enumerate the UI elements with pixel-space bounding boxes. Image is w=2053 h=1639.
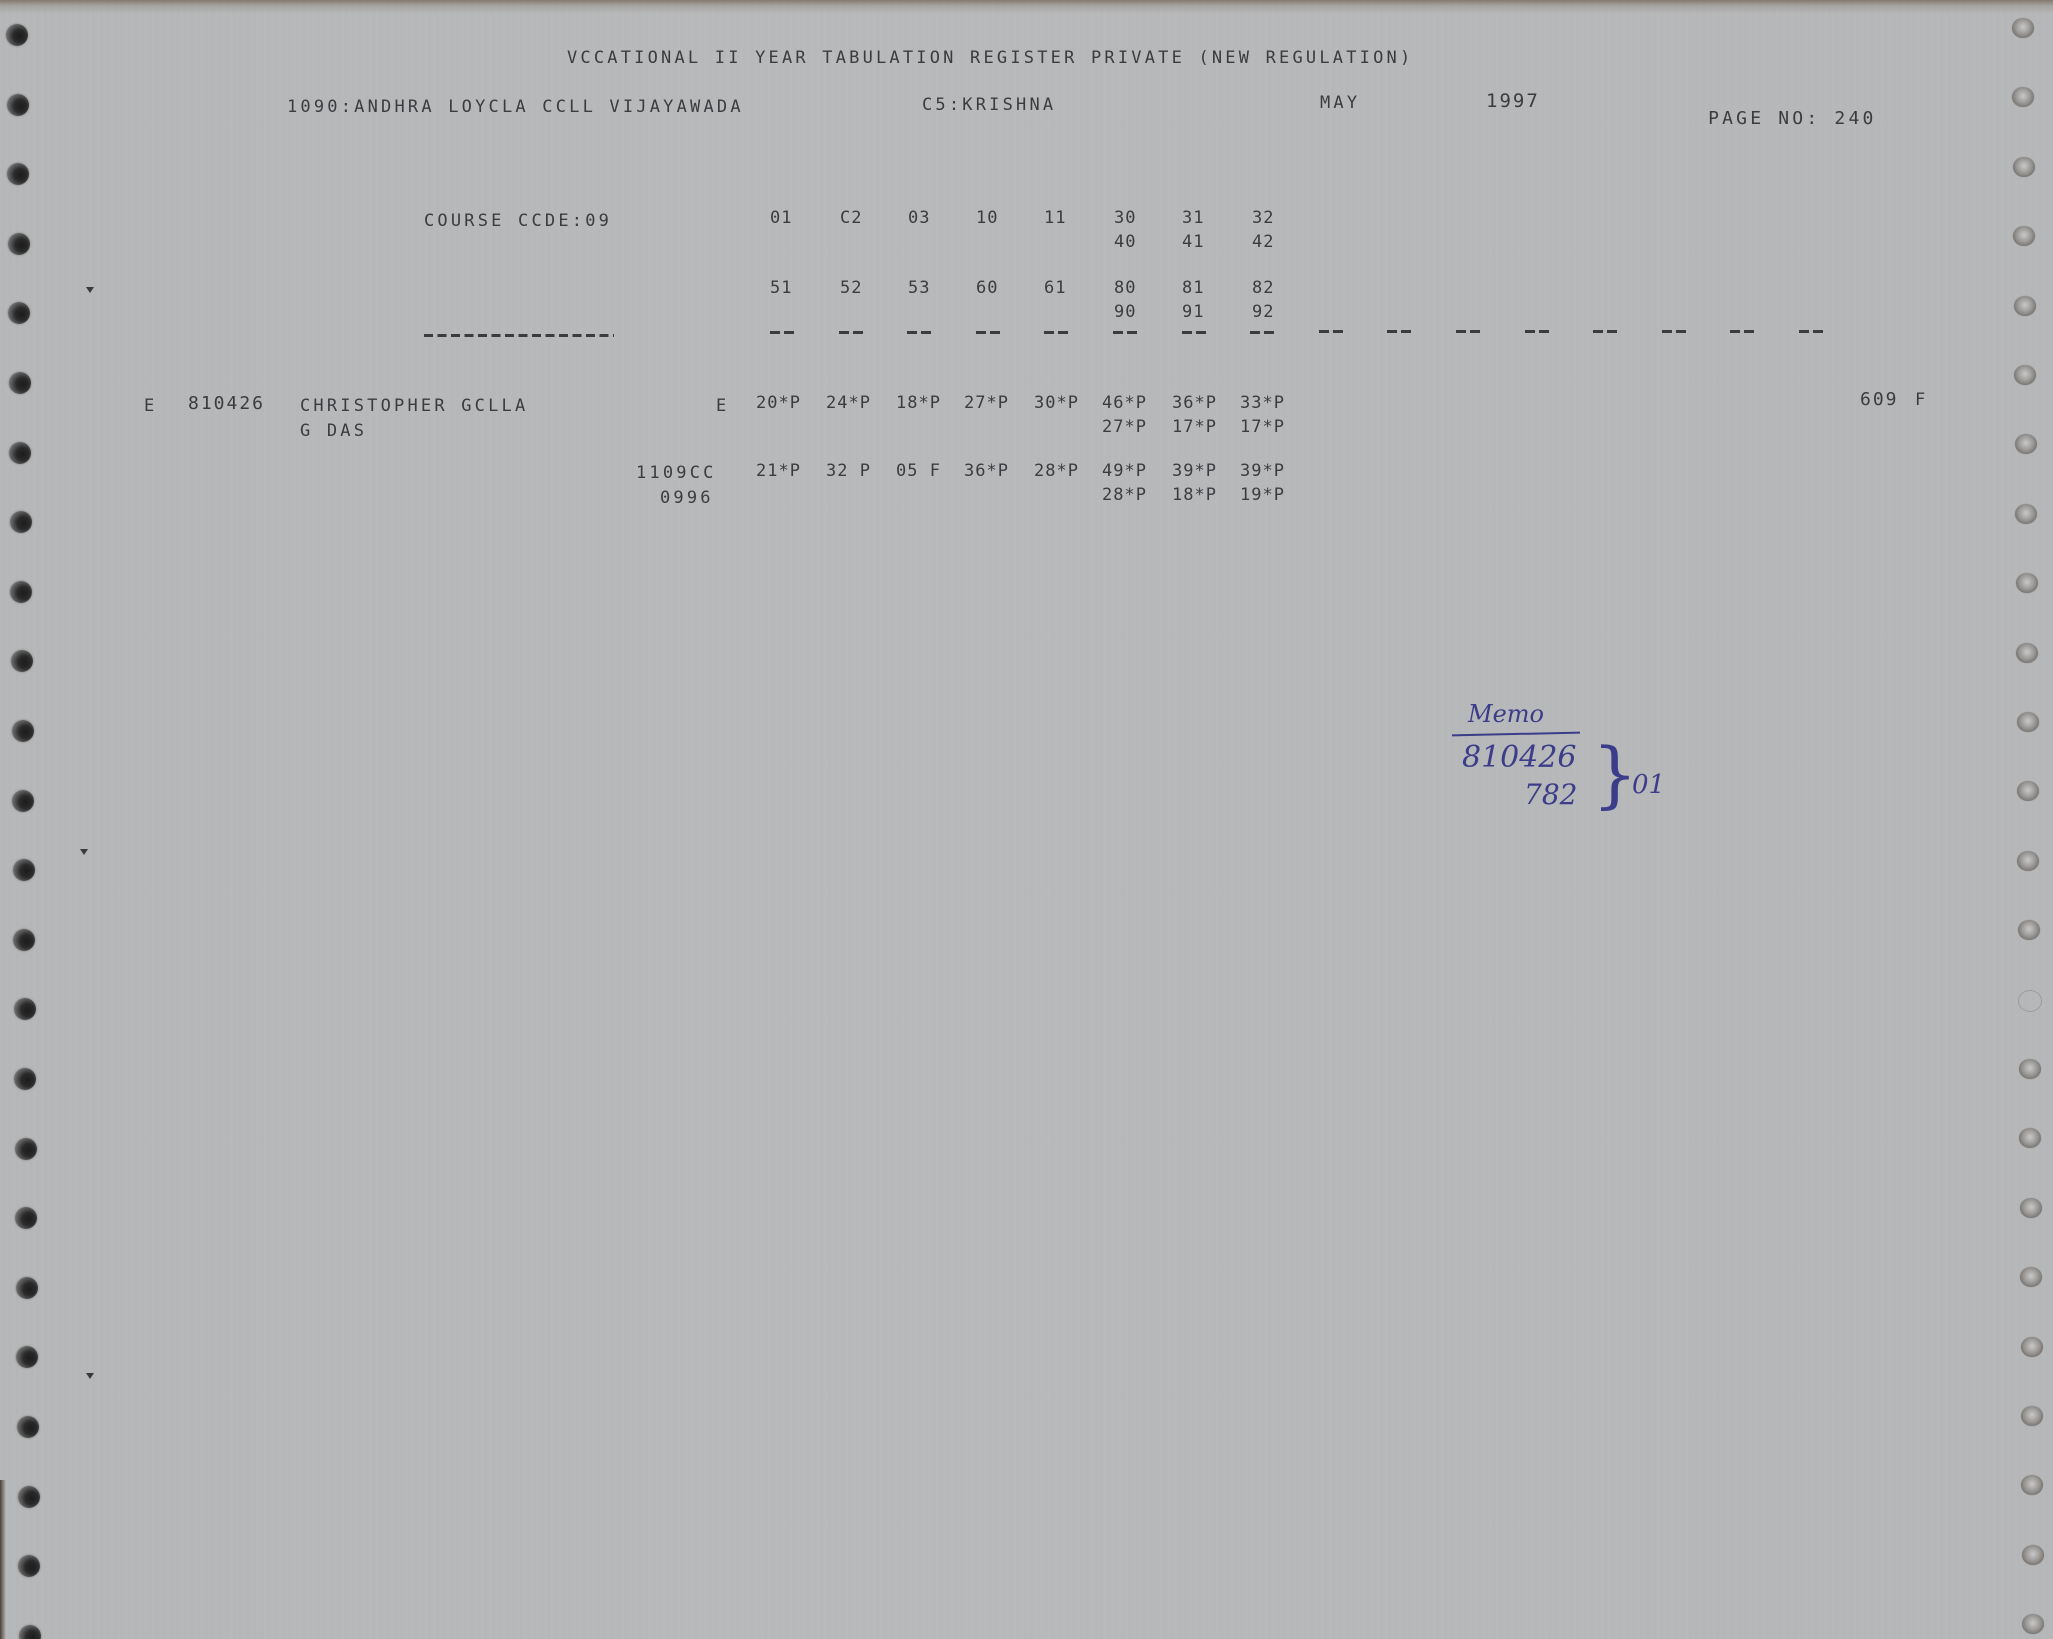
subject-mark: 24*P xyxy=(826,393,871,413)
subject-code: C2 xyxy=(840,208,862,228)
feed-hole-icon xyxy=(2021,1337,2043,1357)
subject-mark: 17*P xyxy=(1240,417,1285,437)
report-title: VCCATIONAL II YEAR TABULATION REGISTER P… xyxy=(567,48,1413,68)
column-dash xyxy=(1799,330,1825,333)
subject-mark: 27*P xyxy=(1102,417,1147,437)
reference-date: 0996 xyxy=(660,488,714,508)
subject-mark: 33*P xyxy=(1240,393,1285,413)
subject-mark: 20*P xyxy=(756,393,801,413)
subject-mark: 39*P xyxy=(1240,461,1285,481)
subject-code: 52 xyxy=(840,278,862,298)
feed-hole-icon xyxy=(2015,504,2037,524)
subject-code: 32 xyxy=(1252,208,1274,228)
subject-code: 92 xyxy=(1252,302,1274,322)
feed-hole-icon xyxy=(2014,296,2036,316)
feed-hole-icon xyxy=(14,998,36,1020)
column-dash xyxy=(1250,331,1276,334)
memo-number-bottom: 782 xyxy=(1524,778,1577,811)
memo-annotation: 01 xyxy=(1632,770,1665,800)
feed-hole-icon xyxy=(13,929,35,951)
memo-brace: } xyxy=(1592,734,1638,814)
paper-edge-shadow xyxy=(0,1480,6,1639)
feed-hole-icon xyxy=(17,1416,39,1438)
subject-mark: 21*P xyxy=(756,461,801,481)
feed-hole-icon xyxy=(2018,920,2040,940)
subject-code: 41 xyxy=(1182,232,1204,252)
subject-mark: 18*P xyxy=(896,393,941,413)
subject-mark: 28*P xyxy=(1034,461,1079,481)
reference-code: 1109CC xyxy=(636,463,717,483)
column-dash xyxy=(1730,330,1756,333)
subject-code: 31 xyxy=(1182,208,1204,228)
subject-code: 80 xyxy=(1114,278,1136,298)
subject-code: 53 xyxy=(908,278,930,298)
feed-hole-icon xyxy=(2012,18,2034,38)
memo-heading: Memo xyxy=(1468,700,1544,728)
column-dash xyxy=(1319,330,1345,333)
record-prefix: E xyxy=(144,396,157,416)
feed-hole-icon xyxy=(2017,712,2039,732)
column-dash xyxy=(976,331,1002,334)
subject-code: 91 xyxy=(1182,302,1204,322)
column-dash xyxy=(1456,330,1482,333)
column-dash xyxy=(907,331,933,334)
feed-hole-icon xyxy=(19,1625,41,1639)
feed-hole-icon xyxy=(10,511,32,533)
feed-hole-icon xyxy=(8,233,30,255)
student-name-line1: CHRISTOPHER GCLLA xyxy=(300,396,528,416)
subject-mark: 39*P xyxy=(1172,461,1217,481)
feed-hole-icon xyxy=(13,859,35,881)
subject-code: 10 xyxy=(976,208,998,228)
subject-code: 51 xyxy=(770,278,792,298)
column-dash xyxy=(1044,331,1070,334)
subject-mark: 36*P xyxy=(964,461,1009,481)
feed-hole-icon xyxy=(12,790,34,812)
column-dash xyxy=(1593,330,1619,333)
column-dash xyxy=(1525,330,1551,333)
feed-hole-icon xyxy=(12,720,34,742)
subject-mark: 32 P xyxy=(826,461,871,481)
memo-number-top: 810426 xyxy=(1462,740,1577,775)
subject-mark: 27*P xyxy=(964,393,1009,413)
subject-code: 40 xyxy=(1114,232,1136,252)
feed-hole-icon xyxy=(9,372,31,394)
feed-hole-icon xyxy=(2018,990,2042,1012)
pin-mark-icon xyxy=(84,284,96,296)
column-dash xyxy=(839,331,865,334)
exam-year: 1997 xyxy=(1486,91,1540,111)
feed-hole-icon xyxy=(2022,1545,2044,1565)
page-number: 240 xyxy=(1834,108,1876,129)
column-dash xyxy=(1182,331,1208,334)
feed-hole-icon xyxy=(2013,157,2035,177)
subject-mark: 46*P xyxy=(1102,393,1147,413)
printout-sheet xyxy=(0,0,2053,1639)
page-number-label: PAGE NO: 240 xyxy=(1680,89,1877,129)
subject-code: 81 xyxy=(1182,278,1204,298)
separator-line xyxy=(424,334,614,337)
subject-code: 11 xyxy=(1044,208,1066,228)
page-label: PAGE NO: xyxy=(1708,108,1820,129)
exam-month: MAY xyxy=(1320,93,1360,113)
feed-hole-icon xyxy=(2015,434,2037,454)
subject-mark: 30*P xyxy=(1034,393,1079,413)
college-name: 1090:ANDHRA LOYCLA CCLL VIJAYAWADA xyxy=(287,97,744,117)
feed-hole-icon xyxy=(16,1277,38,1299)
column-dash xyxy=(1662,330,1688,333)
subject-code: 01 xyxy=(770,208,792,228)
medium-code: E xyxy=(716,396,729,416)
subject-mark: 05 F xyxy=(896,461,941,481)
course-code-label: COURSE CCDE:09 xyxy=(424,211,612,231)
feed-hole-icon xyxy=(18,1486,40,1508)
feed-hole-icon xyxy=(15,1138,37,1160)
subject-code: 90 xyxy=(1114,302,1136,322)
feed-hole-icon xyxy=(2021,1406,2043,1426)
feed-hole-icon xyxy=(9,442,31,464)
column-dash xyxy=(1387,330,1413,333)
feed-hole-icon xyxy=(2020,1198,2042,1218)
column-dash xyxy=(1113,331,1139,334)
subject-mark: 36*P xyxy=(1172,393,1217,413)
subject-code: 30 xyxy=(1114,208,1136,228)
student-name-line2: G DAS xyxy=(300,421,367,441)
hall-ticket-number: 810426 xyxy=(188,394,265,414)
feed-hole-icon xyxy=(7,94,29,116)
feed-hole-icon xyxy=(2019,1059,2041,1079)
subject-mark: 19*P xyxy=(1240,485,1285,505)
district-name: C5:KRISHNA xyxy=(922,95,1056,115)
subject-code: 03 xyxy=(908,208,930,228)
feed-hole-icon xyxy=(2016,643,2038,663)
subject-code: 60 xyxy=(976,278,998,298)
column-dash xyxy=(770,331,796,334)
final-result: F xyxy=(1915,390,1928,410)
pin-mark-icon xyxy=(78,846,90,858)
subject-mark: 28*P xyxy=(1102,485,1147,505)
subject-code: 42 xyxy=(1252,232,1274,252)
pin-mark-icon xyxy=(84,1370,96,1382)
subject-mark: 18*P xyxy=(1172,485,1217,505)
subject-code: 82 xyxy=(1252,278,1274,298)
subject-mark: 49*P xyxy=(1102,461,1147,481)
feed-hole-icon xyxy=(6,24,28,46)
feed-hole-icon xyxy=(2016,573,2038,593)
total-marks: 609 xyxy=(1860,390,1899,410)
subject-code: 61 xyxy=(1044,278,1066,298)
subject-mark: 17*P xyxy=(1172,417,1217,437)
